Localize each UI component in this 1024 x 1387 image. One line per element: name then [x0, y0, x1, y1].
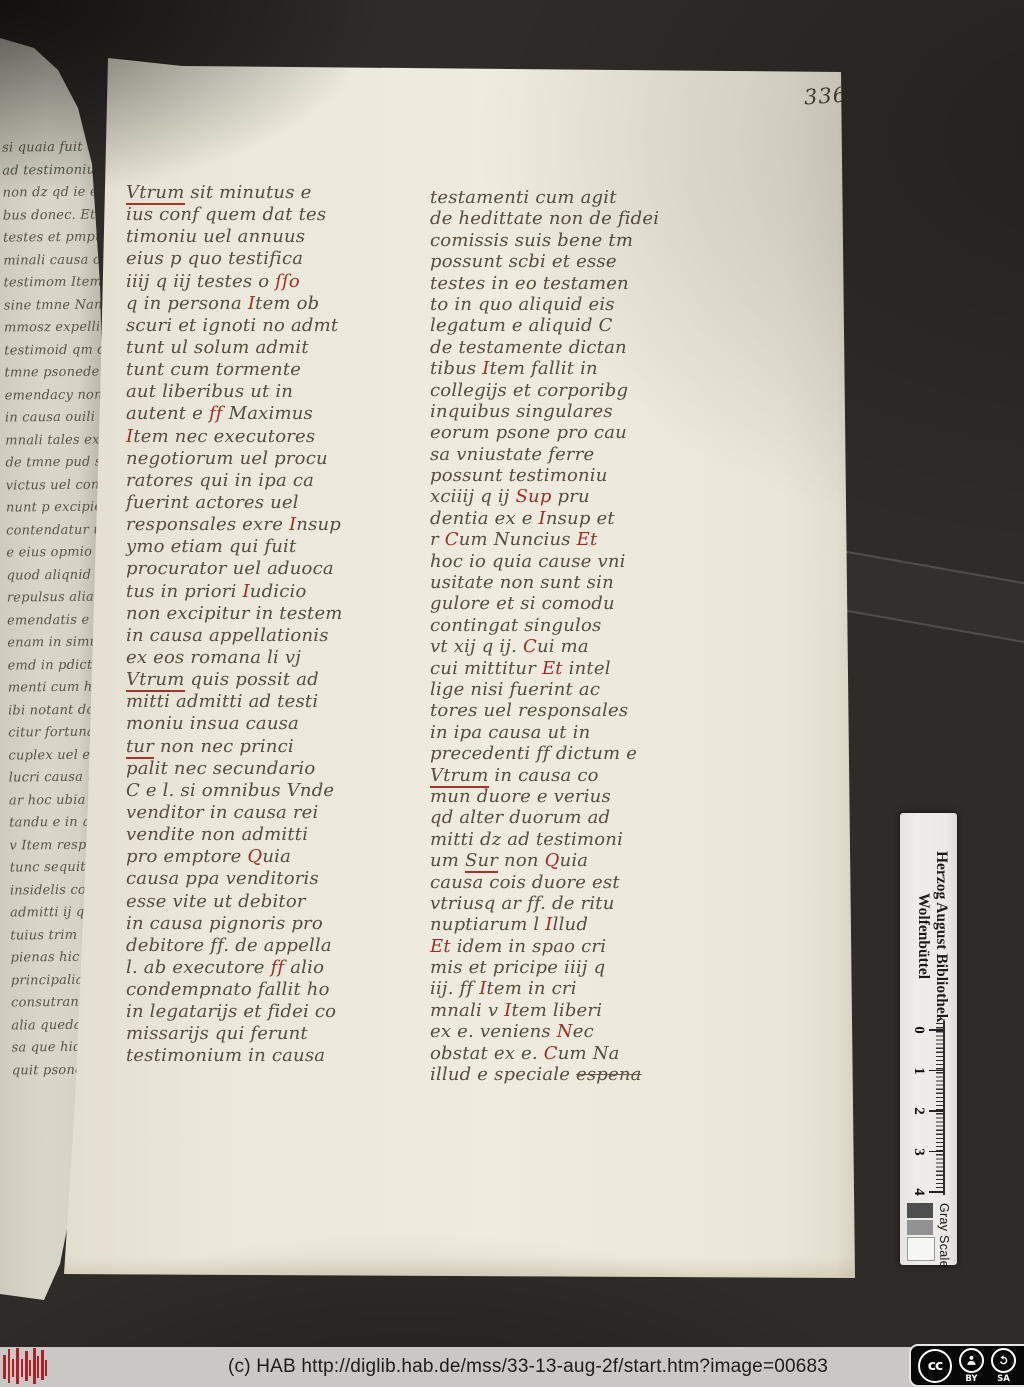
manuscript-text-segment: testimonium in causa: [126, 1045, 325, 1066]
manuscript-line: moniu insua causa: [126, 713, 388, 735]
registration-bar: [45, 1360, 47, 1376]
manuscript-text-segment: causa cois duore est: [430, 872, 620, 893]
manuscript-text-segment: tem liberi: [511, 1000, 602, 1021]
manuscript-text-segment: fuerint actores uel: [126, 492, 299, 513]
manuscript-line: xciiij q ij Sup pru: [430, 486, 692, 507]
manuscript-line: fuerint actores uel: [126, 492, 388, 514]
gray-scale-swatch: [907, 1220, 933, 1235]
manuscript-text-segment: eius p quo testifica: [126, 248, 303, 269]
folio-page: 336 Vtrum sit minutus eius conf quem dat…: [62, 42, 862, 1285]
manuscript-text-segment: scuri et ignoti no admt: [126, 315, 338, 336]
margin-fragment-line: emendacy non ex: [5, 387, 109, 411]
ruler-cm-tick: [929, 1151, 943, 1153]
manuscript-line: esse vite ut debitor: [126, 891, 388, 913]
ruler-number: 0: [910, 1022, 928, 1038]
registration-bar: [21, 1359, 23, 1377]
margin-fragment-line: e eius opmio pos: [6, 544, 110, 568]
ruler-cm-tick: [929, 1110, 943, 1112]
manuscript-line: illud e speciale espena: [430, 1064, 692, 1085]
manuscript-line: autent e ff Maximus: [126, 403, 388, 425]
manuscript-text-segment: to in quo aliquid eis: [430, 294, 615, 315]
manuscript-text-segment: pru: [552, 486, 590, 507]
manuscript-line: lige nisi fuerint ac: [430, 679, 692, 700]
manuscript-line: pro emptore Quia: [126, 846, 388, 868]
manuscript-line: possunt scbi et esse: [430, 251, 692, 272]
manuscript-line: eius p quo testifica: [126, 248, 388, 270]
manuscript-line: debitore ff. de appella: [126, 935, 388, 957]
manuscript-line: mitti admitti ad testi: [126, 691, 388, 713]
manuscript-line: sa vniustate ferre: [430, 444, 692, 465]
manuscript-text-segment: ratores qui in ipa ca: [126, 470, 314, 491]
manuscript-line: q in persona Item ob: [126, 293, 388, 315]
manuscript-text-segment: eorum psone pro cau: [430, 422, 627, 443]
manuscript-text-segment: tem in cri: [487, 978, 577, 999]
manuscript-text-segment: Vtrum: [126, 669, 185, 692]
manuscript-text-segment: nsup et: [546, 508, 615, 529]
manuscript-text-segment: r: [430, 529, 445, 550]
manuscript-line: ex eos romana li vj: [126, 647, 388, 669]
manuscript-text-segment: debitore ff. de appella: [126, 935, 332, 956]
manuscript-text-segment: I: [479, 978, 486, 999]
manuscript-text-segment: ex eos romana li vj: [126, 647, 301, 668]
manuscript-text-segment: in ipa causa ut in: [430, 722, 590, 743]
registration-bar: [12, 1359, 14, 1377]
registration-bar: [41, 1350, 44, 1380]
manuscript-text-segment: um Na: [558, 1043, 620, 1064]
manuscript-text-segment: Vtrum: [430, 765, 489, 788]
manuscript-text-segment: venditor in causa rei: [126, 802, 318, 823]
footer-bar: (c) HAB http://diglib.hab.de/mss/33-13-a…: [0, 1347, 1024, 1387]
manuscript-text-segment: non excipitur in testem: [126, 603, 343, 624]
ruler-number: 3: [910, 1144, 928, 1160]
margin-fragment-line: in causa ouili s n: [5, 409, 109, 433]
manuscript-text-segment: legatum e aliquid C: [430, 315, 613, 336]
manuscript-line: testes in eo testamen: [430, 273, 692, 294]
manuscript-line: testamenti cum agit: [430, 187, 692, 208]
manuscript-line: timoniu uel annuus: [126, 226, 388, 248]
manuscript-text-segment: iij. ff: [430, 978, 479, 999]
manuscript-text-segment: inquibus singulares: [430, 401, 613, 422]
manuscript-text-segment: Et: [430, 936, 451, 957]
manuscript-text-segment: tur: [126, 736, 154, 759]
margin-fragment-line: mnali tales expell: [5, 432, 109, 456]
manuscript-text-segment: llud: [553, 914, 588, 935]
manuscript-text-segment: aut liberibus ut in: [126, 381, 293, 402]
library-name-line1: Herzog August Bibliothek: [932, 829, 950, 1044]
manuscript-text-segment: in causa pignoris pro: [126, 913, 323, 934]
manuscript-text-segment: l. ab executore: [126, 957, 271, 978]
attribution-person-icon: [959, 1348, 984, 1373]
manuscript-text-segment: C: [445, 529, 459, 550]
margin-fragment-line: tmne psonede su: [4, 364, 108, 388]
manuscript-line: causa ppa venditoris: [126, 868, 388, 890]
manuscript-text-segment: vtriusq ar ff. de ritu: [430, 893, 615, 914]
manuscript-line: tunt cum tormente: [126, 359, 388, 381]
registration-bar: [29, 1360, 31, 1376]
manuscript-line: in ipa causa ut in: [430, 722, 692, 743]
ruler-mm-ticks: [936, 1023, 943, 1193]
manuscript-line: negotiorum uel procu: [126, 448, 388, 470]
margin-fragment-line: victus uel confessi: [6, 477, 110, 501]
manuscript-text-segment: negotiorum uel procu: [126, 448, 328, 469]
manuscript-line: precedenti ff dictum e: [430, 743, 692, 764]
manuscript-text-segment: causa ppa venditoris: [126, 868, 319, 889]
manuscript-text-segment: possunt testimoniu: [430, 465, 608, 486]
cc-logo-text: cc: [928, 1358, 943, 1374]
manuscript-text-segment: lige nisi fuerint ac: [430, 679, 600, 700]
manuscript-text-segment: non: [498, 850, 544, 871]
manuscript-text-segment: udicio: [250, 581, 307, 602]
manuscript-line: vendite non admitti: [126, 824, 388, 846]
margin-fragment-line: testimom Item dz: [3, 274, 107, 298]
manuscript-line: scuri et ignoti no admt: [126, 315, 388, 337]
ruler-cm-tick: [929, 1070, 943, 1072]
manuscript-line: cui mittitur Et intel: [430, 658, 692, 679]
manuscript-line: contingat singulos: [430, 615, 692, 636]
manuscript-line: palit nec secundario: [126, 758, 388, 780]
manuscript-line: mnali v Item liberi: [430, 1000, 692, 1021]
manuscript-line: Vtrum quis possit ad: [126, 669, 388, 691]
manuscript-text-segment: ec: [573, 1021, 594, 1042]
manuscript-text-segment: testamenti cum agit: [430, 187, 617, 208]
manuscript-text-segment: autent e: [126, 403, 209, 424]
manuscript-line: ius conf quem dat tes: [126, 204, 388, 226]
manuscript-text-segment: de hedittate non de fidei: [430, 208, 659, 229]
manuscript-text-segment: tores uel responsales: [430, 700, 628, 721]
manuscript-line: um Sur non Quia: [430, 850, 692, 871]
manuscript-text-segment: Q: [545, 850, 560, 871]
manuscript-line: possunt testimoniu: [430, 465, 692, 486]
gray-scale-label: Gray Scale: [937, 1203, 951, 1269]
manuscript-text-segment: ymo etiam qui fuit: [126, 536, 296, 557]
manuscript-text-segment: contingat singulos: [430, 615, 601, 636]
manuscript-line: nuptiarum l Illud: [430, 914, 692, 935]
manuscript-text-segment: q in persona: [126, 293, 248, 314]
manuscript-line: inquibus singulares: [430, 401, 692, 422]
ruler-number: 1: [910, 1063, 928, 1079]
manuscript-text-segment: uia: [262, 846, 291, 867]
manuscript-text-segment: um Nuncius: [459, 529, 577, 550]
manuscript-text-segment: N: [557, 1021, 573, 1042]
manuscript-line: mitti dz ad testimoni: [430, 829, 692, 850]
manuscript-line: ex e. veniens Nec: [430, 1021, 692, 1042]
manuscript-line: to in quo aliquid eis: [430, 294, 692, 315]
manuscript-text-segment: ui ma: [537, 636, 589, 657]
manuscript-text-segment: collegijs et corporibg: [430, 380, 628, 401]
manuscript-text-segment: illud e speciale: [430, 1064, 576, 1085]
manuscript-line: Vtrum sit minutus e: [126, 182, 388, 204]
manuscript-line: Vtrum in causa co: [430, 765, 692, 786]
manuscript-line: iij. ff Item in cri: [430, 978, 692, 999]
manuscript-line: r Cum Nuncius Et: [430, 529, 692, 550]
manuscript-text-segment: hoc io quia cause vni: [430, 551, 626, 572]
manuscript-text-segment: missarijs qui ferunt: [126, 1023, 308, 1044]
margin-fragment-line: non dz qd ie excipi: [3, 184, 107, 208]
manuscript-text-segment: testes in eo testamen: [430, 273, 629, 294]
manuscript-line: tur non nec princi: [126, 736, 388, 758]
manuscript-text-segment: tem nec executores: [133, 426, 315, 447]
manuscript-text-segment: nuptiarum l: [430, 914, 545, 935]
manuscript-text-segment: Sur: [465, 850, 498, 873]
manuscript-text-segment: ius conf quem dat tes: [126, 204, 326, 225]
manuscript-line: responsales exre Insup: [126, 514, 388, 536]
manuscript-text-segment: vt xij q ij.: [430, 636, 523, 657]
manuscript-line: qd alter duorum ad: [430, 807, 692, 828]
manuscript-text-segment: responsales exre: [126, 514, 289, 535]
manuscript-text-segment: mis et pricipe iiij q: [430, 957, 605, 978]
digitized-manuscript-photo: si quaia fuit eiusad testimoniu udonon d…: [0, 0, 1024, 1387]
manuscript-line: legatum e aliquid C: [430, 315, 692, 336]
registration-bar: [33, 1348, 36, 1384]
manuscript-line: de testamente dictan: [430, 337, 692, 358]
manuscript-line: ymo etiam qui fuit: [126, 536, 388, 558]
manuscript-text-segment: in causa co: [489, 765, 599, 786]
manuscript-text-segment: obstat ex e.: [430, 1043, 544, 1064]
registration-bar: [16, 1348, 19, 1384]
manuscript-text-segment: sit minutus e: [185, 182, 312, 203]
manuscript-text-segment: alio: [284, 957, 324, 978]
margin-fragment-line: minali causa caus: [3, 252, 107, 276]
manuscript-text-segment: tunt ul solum admit: [126, 337, 309, 358]
manuscript-line: eorum psone pro cau: [430, 422, 692, 443]
manuscript-text-segment: idem in spao cri: [451, 936, 606, 957]
manuscript-text-segment: iiij q iij testes o: [126, 271, 275, 292]
gray-scale-swatch: [907, 1203, 933, 1218]
share-alike-arrow-icon: [991, 1348, 1016, 1373]
manuscript-text-segment: precedenti ff dictum e: [430, 743, 637, 764]
manuscript-text-segment: tem ob: [255, 293, 319, 314]
margin-fragment-line: contendatur ud fi: [6, 522, 110, 546]
manuscript-text-segment: C: [523, 636, 537, 657]
library-name-line2: Wolfenbüttel: [914, 829, 932, 1044]
cc-logo-icon: cc: [918, 1349, 952, 1383]
manuscript-line: Item nec executores: [126, 426, 388, 448]
manuscript-text-segment: um: [430, 850, 465, 871]
manuscript-text-segment: ex e. veniens: [430, 1021, 557, 1042]
manuscript-text-segment: nsup: [296, 514, 341, 535]
manuscript-text-segment: palit nec secundario: [126, 758, 315, 779]
manuscript-text-segment: esse vite ut debitor: [126, 891, 306, 912]
manuscript-text-segment: ff: [271, 957, 285, 978]
color-target-strip: Herzog August Bibliothek Wolfenbüttel 01…: [900, 813, 957, 1265]
margin-fragment-line: sine tmne Nam n: [4, 297, 108, 321]
cc-sa-block: SA: [991, 1348, 1016, 1384]
margin-fragment-line: testimoid qm dur: [4, 342, 108, 366]
manuscript-line: vtriusq ar ff. de ritu: [430, 893, 692, 914]
manuscript-text-segment: uia: [560, 850, 589, 871]
manuscript-text-segment: quis possit ad: [185, 669, 319, 690]
manuscript-line: mun duore e verius: [430, 786, 692, 807]
manuscript-text-segment: intel: [563, 658, 611, 679]
manuscript-line: C e l. si omnibus Vnde: [126, 780, 388, 802]
manuscript-text-segment: condempnato fallit ho: [126, 979, 330, 1000]
manuscript-text-segment: C e l. si omnibus Vnde: [126, 780, 334, 801]
manuscript-line: Et idem in spao cri: [430, 936, 692, 957]
manuscript-text-segment: I: [242, 581, 249, 602]
manuscript-line: dentia ex e Insup et: [430, 508, 692, 529]
margin-fragment-line: testes et pmpue: [3, 229, 107, 253]
ruler-baseline: [943, 1021, 945, 1195]
manuscript-text-segment: tibus: [430, 358, 482, 379]
manuscript-text-segment: possunt scbi et esse: [430, 251, 617, 272]
margin-fragment-line: bus donec. Et n c: [3, 207, 107, 231]
manuscript-text-segment: ſſo: [275, 271, 300, 292]
manuscript-line: in legatarijs et fidei co: [126, 1001, 388, 1023]
ruler-cm-tick: [929, 1029, 943, 1031]
copyright-text: (c) HAB http://diglib.hab.de/mss/33-13-a…: [228, 1347, 828, 1387]
ruler-number: 2: [910, 1103, 928, 1119]
manuscript-line: in causa pignoris pro: [126, 913, 388, 935]
manuscript-text-segment: xciiij q ij: [430, 486, 516, 507]
manuscript-text-segment: mun duore e verius: [430, 786, 611, 807]
ruler-number: 4: [910, 1184, 928, 1200]
manuscript-line: causa cois duore est: [430, 872, 692, 893]
manuscript-text-segment: I: [539, 508, 546, 529]
manuscript-text-segment: tunt cum tormente: [126, 359, 301, 380]
registration-bar: [3, 1355, 6, 1379]
cc-by-block: BY: [959, 1348, 984, 1384]
manuscript-text-segment: Maximus: [229, 403, 313, 424]
manuscript-text-segment: mnali v: [430, 1000, 504, 1021]
manuscript-line: missarijs qui ferunt: [126, 1023, 388, 1045]
manuscript-text-segment: in causa appellationis: [126, 625, 329, 646]
manuscript-line: in causa appellationis: [126, 625, 388, 647]
manuscript-line: comissis suis bene tm: [430, 230, 692, 251]
manuscript-text-segment: vendite non admitti: [126, 824, 308, 845]
manuscript-line: tus in priori Iudicio: [126, 581, 388, 603]
manuscript-line: de hedittate non de fidei: [430, 208, 692, 229]
manuscript-text-segment: procurator uel aduoca: [126, 558, 334, 579]
library-name: Herzog August Bibliothek Wolfenbüttel: [914, 829, 950, 1044]
manuscript-text-segment: ff: [209, 403, 229, 424]
manuscript-text-segment: comissis suis bene tm: [430, 230, 633, 251]
registration-bar: [37, 1356, 39, 1378]
manuscript-line: tunt ul solum admit: [126, 337, 388, 359]
manuscript-line: collegijs et corporibg: [430, 380, 692, 401]
ruler-cm-tick: [929, 1191, 943, 1193]
page-number: 336: [803, 83, 848, 110]
manuscript-line: testimonium in causa: [126, 1045, 388, 1067]
manuscript-text-segment: in legatarijs et fidei co: [126, 1001, 336, 1022]
manuscript-line: obstat ex e. Cum Na: [430, 1043, 692, 1064]
manuscript-text-segment: non nec princi: [154, 736, 294, 757]
margin-fragment-line: nunt p excipiend: [6, 499, 110, 523]
manuscript-text-segment: qd alter duorum ad: [430, 807, 610, 828]
manuscript-line: hoc io quia cause vni: [430, 551, 692, 572]
manuscript-text-segment: Q: [247, 846, 262, 867]
red-registration-mark: [0, 1347, 60, 1387]
manuscript-text-segment: dentia ex e: [430, 508, 539, 529]
manuscript-line: ratores qui in ipa ca: [126, 470, 388, 492]
manuscript-text-segment: C: [544, 1043, 558, 1064]
manuscript-line: aut liberibus ut in: [126, 381, 388, 403]
manuscript-text-segment: gulore et si comodu: [430, 593, 615, 614]
manuscript-line: gulore et si comodu: [430, 593, 692, 614]
manuscript-line: usitate non sunt sin: [430, 572, 692, 593]
manuscript-line: condempnato fallit ho: [126, 979, 388, 1001]
text-column-left: Vtrum sit minutus eius conf quem dat tes…: [126, 182, 388, 1068]
manuscript-text-segment: usitate non sunt sin: [430, 572, 614, 593]
manuscript-line: non excipitur in testem: [126, 603, 388, 625]
manuscript-text-segment: Vtrum: [126, 182, 185, 205]
manuscript-line: tibus Item fallit in: [430, 358, 692, 379]
manuscript-text-segment: Et: [577, 529, 598, 550]
sa-label: SA: [997, 1374, 1010, 1384]
manuscript-line: venditor in causa rei: [126, 802, 388, 824]
manuscript-line: vt xij q ij. Cui ma: [430, 636, 692, 657]
manuscript-line: iiij q iij testes o ſſo: [126, 271, 388, 293]
manuscript-text-segment: pro emptore: [126, 846, 247, 867]
manuscript-text-segment: timoniu uel annuus: [126, 226, 305, 247]
manuscript-text-segment: I: [482, 358, 489, 379]
by-label: BY: [965, 1374, 977, 1384]
manuscript-text-segment: tem fallit in: [490, 358, 598, 379]
manuscript-text-segment: moniu insua causa: [126, 713, 299, 734]
registration-bar: [25, 1351, 28, 1381]
text-column-right: testamenti cum agitde hedittate non de f…: [430, 187, 692, 1085]
manuscript-text-segment: sa vniustate ferre: [430, 444, 594, 465]
margin-fragment-line: ad testimoniu udo: [2, 162, 106, 186]
margin-fragment-line: de tmne pud sud: [5, 454, 109, 478]
manuscript-text-segment: tus in priori: [126, 581, 242, 602]
manuscript-line: tores uel responsales: [430, 700, 692, 721]
manuscript-text-segment: Et: [542, 658, 563, 679]
manuscript-text-segment: de testamente dictan: [430, 337, 627, 358]
cc-license-badge: cc BY SA: [909, 1344, 1024, 1387]
gray-scale-swatch: [907, 1237, 935, 1261]
manuscript-text-segment: espena: [576, 1064, 642, 1085]
manuscript-text-segment: cui mittitur: [430, 658, 542, 679]
registration-bar: [8, 1349, 10, 1383]
margin-fragment-line: si quaia fuit eius: [2, 139, 106, 163]
manuscript-line: procurator uel aduoca: [126, 558, 388, 580]
manuscript-text-segment: mitti admitti ad testi: [126, 691, 318, 712]
manuscript-text-segment: mitti dz ad testimoni: [430, 829, 623, 850]
margin-fragment-line: mmosz expellit do: [4, 319, 108, 343]
manuscript-line: mis et pricipe iiij q: [430, 957, 692, 978]
manuscript-text-segment: Sup: [516, 486, 552, 507]
manuscript-text-segment: I: [545, 914, 552, 935]
manuscript-line: l. ab executore ff alio: [126, 957, 388, 979]
